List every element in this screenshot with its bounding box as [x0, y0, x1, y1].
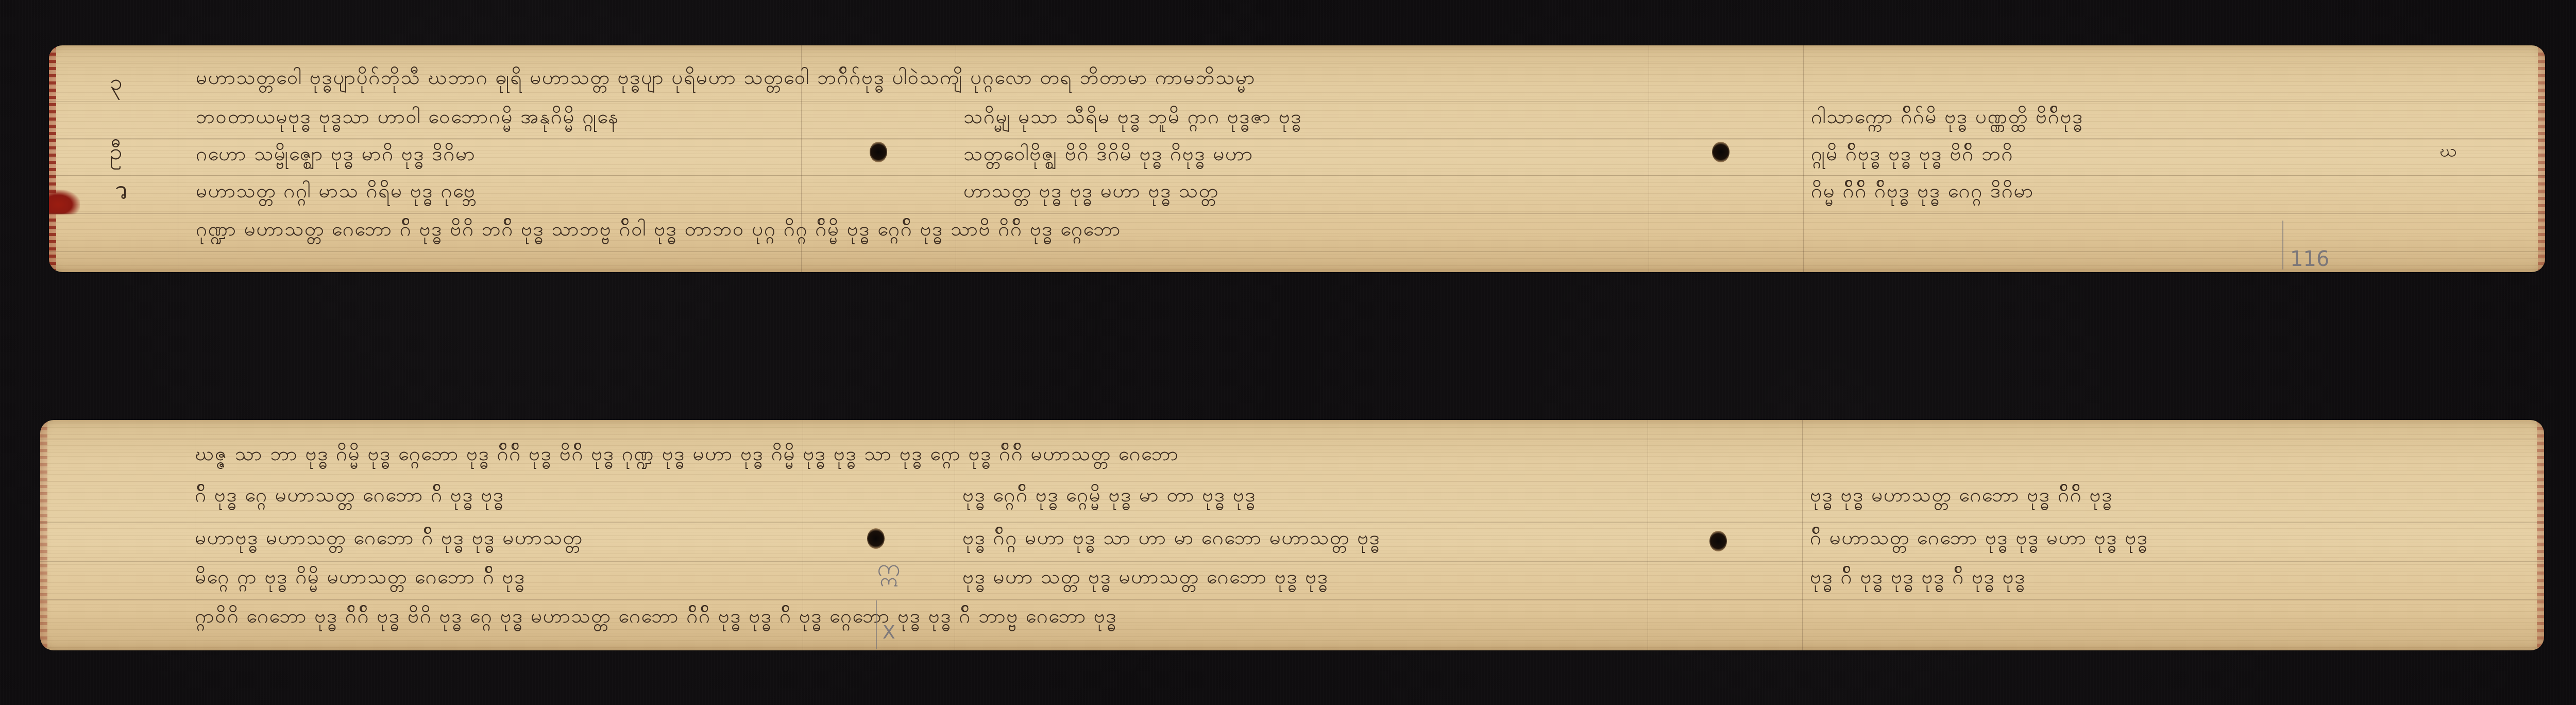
margin-rule: [178, 45, 178, 272]
manuscript-line-3c: ဂ်ိ မဟာသတ္တ ဂေဘော ဗုဒ္ဓ ဗုဒ္ဓ မဟာ ဗုဒ္ဓ …: [1810, 522, 2454, 553]
pencil-glyph-note: ဣ: [877, 553, 901, 587]
manuscript-line-4c: ဗုဒ္ဓ ဂ်ိ ဗုဒ္ဓ ဗုဒ္ဓ ဗုဒ္ဓ ဂ်ိ ဗုဒ္ဓ ဗု…: [1810, 561, 2454, 592]
manuscript-line-2b: ဗုဒ္ဓ ဂ္ဂေဂ်ိ ဗုဒ္ဓ ဂ္ဂေမ္မိ ဗုဒ္ဓ မာ တာ…: [962, 479, 1642, 510]
manuscript-line-4c: ဂိမ္မ ဂ်ိဂ်ိ ဂ်ိဗုဒ္ဓ ဗုဒ္ဓ ဂေဂ္ဂ ဒိဂိမာ: [1811, 175, 2429, 206]
manuscript-line-4b: ဟာသတ္တ ဗုဒ္ဓ ဗုဒ္ဓ မဟာ ဗုဒ္ဓ သတ္တ: [963, 175, 1643, 206]
manuscript-line-5: ဂုဏ္ဍာ မဟာသတ္တ ဂေဘော ဂ်ိ ဗုဒ္ဓ ဗိဂိ ဘဂ်ိ…: [196, 213, 2514, 244]
folio-margin-glyph: ဦ: [110, 141, 122, 163]
manuscript-line-3a: ဂဟော သမ္ဗိုဇ္ဈော ဗုဒ္ဓ မာဂိ ဗုဒ္ဓ ဒိဂိမာ: [196, 138, 793, 169]
manuscript-line-1: ဃဇ္ဇ သာ ဘာ ဗုဒ္ဓ ဂိမ္မိ ဗုဒ္ဓ ဂ္ဂေဘော ဗု…: [195, 438, 2487, 469]
upper-palm-leaf: ၃ ဦ ว မဟာသတ္တဝေါ ဗုဒ္ဓပျာပိုဂ်ဘိုသီ ဃဘာဂ…: [49, 45, 2545, 272]
red-lacquer-edge-left: [40, 420, 47, 650]
manuscript-line-2c: ဂါသာက္ကော ဂ်ိဂ်မိ ဗုဒ္ဓ ပဏ္ဏတ္ထိ ဗိဂ်ိဗု…: [1811, 101, 2429, 132]
manuscript-line-3c: ဂ္ဂုမိ ဂ်ိဗုဒ္ဓ ဗုဒ္ဓ ဗုဒ္ဓ ဗိဂ်ိ ဘဂိ: [1811, 138, 2429, 169]
pencil-stroke: [2282, 221, 2283, 270]
manuscript-line-2b: သဂိမ္မျ မုသာ သီရိမ ဗုဒ္ဓ ဘူမိ ဂ္ဂာဂ ဗုဒ္…: [963, 101, 1643, 132]
manuscript-line-5: ဂ္ဂာဝိဂိ ဂေဘော ဗုဒ္ဓ ဂ်ိဂ်ိ ဗုဒ္ဓ ဗိဂိ ဗ…: [195, 600, 2487, 631]
pencil-stroke: [876, 600, 877, 649]
manuscript-line-3b: သတ္တဝေါဗိုဇ္ဈ ဗိဂိ ဒိဂိမိ ဗုဒ္ဓ ဂိဗုဒ္ဓ …: [963, 138, 1643, 169]
manuscript-line-2a: ဘဝတာယမုဗုဒ္ဓ ဗုဒ္ဓသာ ဟာဝါ ဝေဘောဂမ္မိ အနု…: [196, 101, 793, 132]
red-lacquer-edge-right: [2537, 420, 2544, 650]
manuscript-line-4a: မဟာသတ္တ ဂဂ္ဂါ မာသ ဂိရိမ ဗုဒ္ဓ ဂုဗ္ဘေ: [196, 175, 793, 206]
ruling-line: [49, 61, 2545, 61]
side-mark-glyph: ဃ: [2439, 142, 2456, 160]
string-hole: [1712, 142, 1730, 162]
ruling-line: [40, 599, 2544, 600]
pencil-folio-note: 116: [2290, 247, 2329, 271]
lower-palm-leaf: ဃဇ္ဇ သာ ဘာ ဗုဒ္ဓ ဂိမ္မိ ဗုဒ္ဓ ဂ္ဂေဘော ဗု…: [40, 420, 2544, 650]
folio-margin-glyph: ၃: [110, 71, 123, 94]
pencil-x-mark: X: [883, 622, 895, 643]
string-hole: [870, 142, 887, 162]
manuscript-line-2a: ဂ်ိ ဗုဒ္ဓ ဂ္ဂေ မဟာသတ္တ ဂေဘော ဂ်ိ ဗုဒ္ဓ ဗ…: [195, 479, 798, 510]
folio-margin-glyph: ว: [115, 180, 128, 203]
red-lacquer-edge-right: [2538, 45, 2545, 272]
manuscript-line-2c: ဗုဒ္ဓ ဗုဒ္ဓ မဟာသတ္တ ဂေဘော ဗုဒ္ဓ ဂ်ိဂ်ိ ဗ…: [1810, 479, 2454, 510]
red-lacquer-stain: [49, 190, 80, 214]
manuscript-line-3b: ဗုဒ္ဓ ဂ်ိဂ္ဂ မဟာ ဗုဒ္ဓ သာ ဟာ မာ ဂေဘော မဟ…: [962, 522, 1642, 553]
manuscript-line-4a: မိဂ္ဂေ ဂ္ဂာ ဗုဒ္ဓ ဂိမ္မိ မဟာသတ္တ ဂေဘော ဂ…: [195, 561, 798, 592]
ruling-line: [49, 251, 2545, 252]
manuscript-line-3a: မဟာဗုဒ္ဓ မဟာသတ္တ ဂေဘော ဂ်ိ ဗုဒ္ဓ ဗုဒ္ဓ မ…: [195, 522, 798, 553]
string-hole: [867, 528, 885, 549]
string-hole: [1709, 531, 1727, 551]
manuscript-line-1: မဟာသတ္တဝေါ ဗုဒ္ဓပျာပိုဂ်ဘိုသီ ဃဘာဂ ဓုုရိ…: [196, 62, 2514, 93]
manuscript-line-4b: ဗုဒ္ဓ မဟာ သတ္တ ဗုဒ္ဓ မဟာသတ္တ ဂေဘော ဗုဒ္ဓ…: [962, 561, 1642, 592]
red-lacquer-edge-left: [49, 45, 56, 272]
